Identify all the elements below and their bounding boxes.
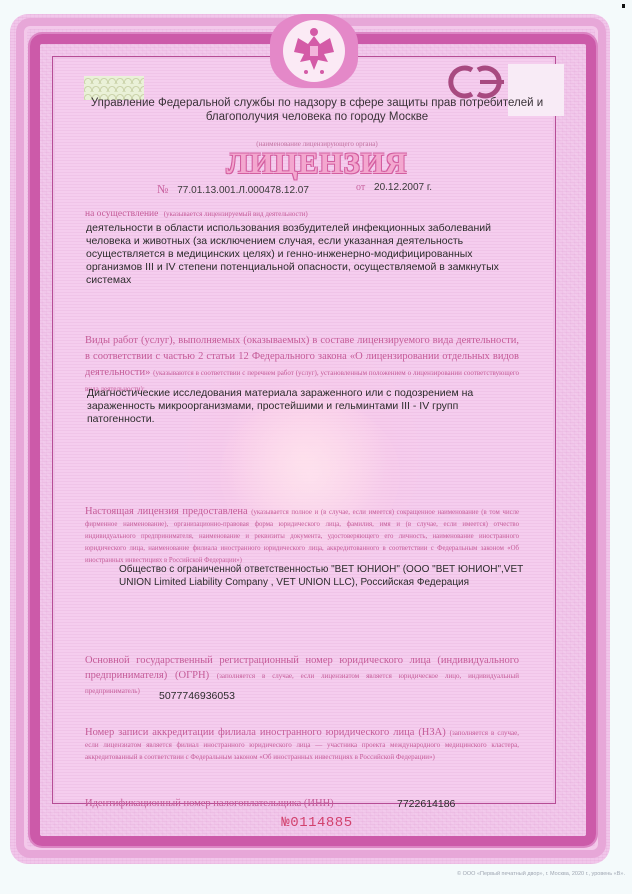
nza-label-text: Номер записи аккредитации филиала иностр… (85, 727, 446, 738)
licensee-value: Общество с ограниченной ответственностью… (119, 563, 529, 589)
inn-value: 7722614186 (397, 798, 455, 811)
form-serial-number: №0114885 (60, 815, 574, 831)
license-number: 77.01.13.001.Л.000478.12.07 (177, 185, 309, 196)
licensing-authority: Управление Федеральной службы по надзору… (60, 96, 574, 124)
licensee-label: Настоящая лицензия предоставлена (указыв… (85, 506, 519, 566)
licensee-caption: (указывается полное и (в случае, если им… (85, 509, 519, 564)
date-prefix: от (356, 182, 365, 193)
nza-label: Номер записи аккредитации филиала иностр… (85, 727, 519, 763)
activity-label: на осуществление (указывается лицензируе… (85, 209, 308, 219)
document-title: ЛИЦЕНЗИЯ (60, 148, 574, 180)
inn-label: Идентификационный номер налогоплательщик… (85, 798, 334, 809)
ogrn-label: Основной государственный регистрационный… (85, 653, 519, 698)
double-headed-eagle-emblem-icon (270, 14, 358, 88)
license-date: 20.12.2007 г. (374, 182, 432, 193)
licensee-label-text: Настоящая лицензия предоставлена (85, 506, 248, 517)
works-value: Диагностические исследования материала з… (87, 387, 527, 426)
ogrn-value: 5077746936053 (159, 690, 235, 703)
number-sign: № (157, 182, 168, 196)
license-number-row: № 77.01.13.001.Л.000478.12.07 (157, 182, 309, 197)
scan-mark (622, 4, 625, 8)
license-date-row: от 20.12.2007 г. (356, 182, 432, 193)
activity-value: деятельности в области использования воз… (86, 222, 518, 287)
printer-copyright: © ООО «Первый печатный двор», г. Москва,… (380, 871, 625, 877)
activity-caption: (указывается лицензируемый вид деятельно… (164, 210, 308, 218)
activity-label-text: на осуществление (85, 209, 158, 219)
